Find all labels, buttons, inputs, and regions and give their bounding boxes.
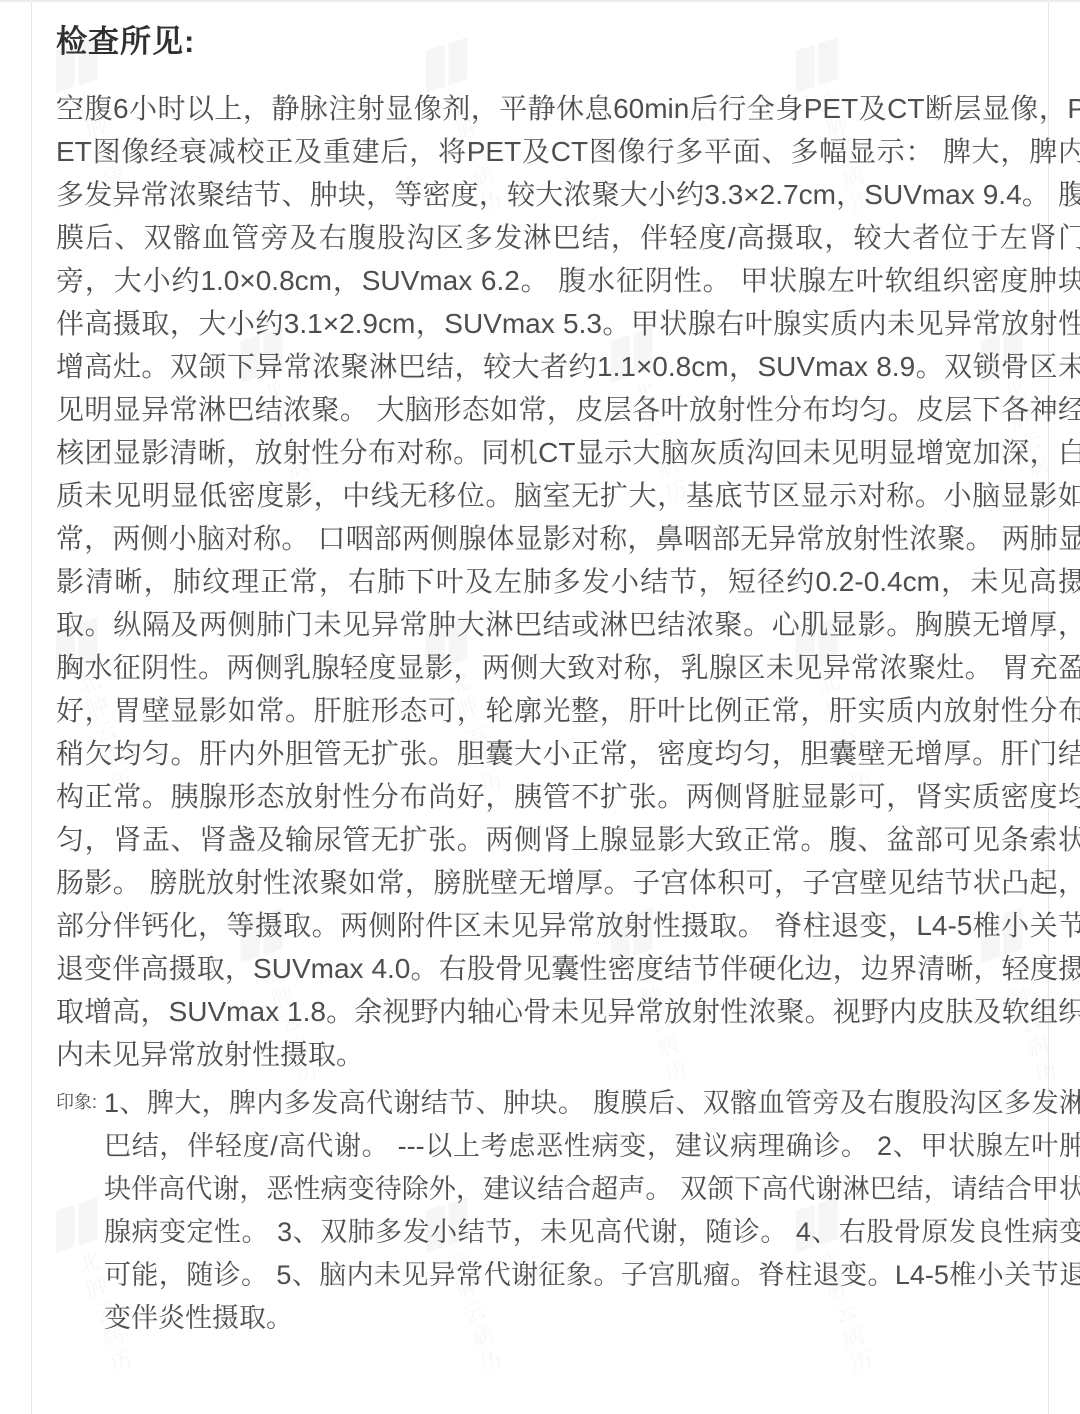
- findings-section-title: 检查所见:: [56, 16, 1080, 61]
- medical-report-page: 北肿云病历北肿云病历北肿云病历北肿云病历北肿云病历北肿云病历北肿云病历北肿云病历…: [0, 0, 1080, 1414]
- impression-paragraph: 1、脾大，脾内多发高代谢结节、肿块。 腹膜后、双髂血管旁及右腹股沟区多发淋巴结，…: [104, 1082, 1080, 1340]
- report-content: 检查所见: 空腹6小时以上，静脉注射显像剂，平静休息60min后行全身PET及C…: [31, 2, 1080, 1340]
- impression-label: 印象:: [56, 1082, 104, 1114]
- findings-paragraph: 空腹6小时以上，静脉注射显像剂，平静休息60min后行全身PET及CT断层显像，…: [56, 87, 1080, 1076]
- impression-section: 印象: 1、脾大，脾内多发高代谢结节、肿块。 腹膜后、双髂血管旁及右腹股沟区多发…: [56, 1082, 1080, 1340]
